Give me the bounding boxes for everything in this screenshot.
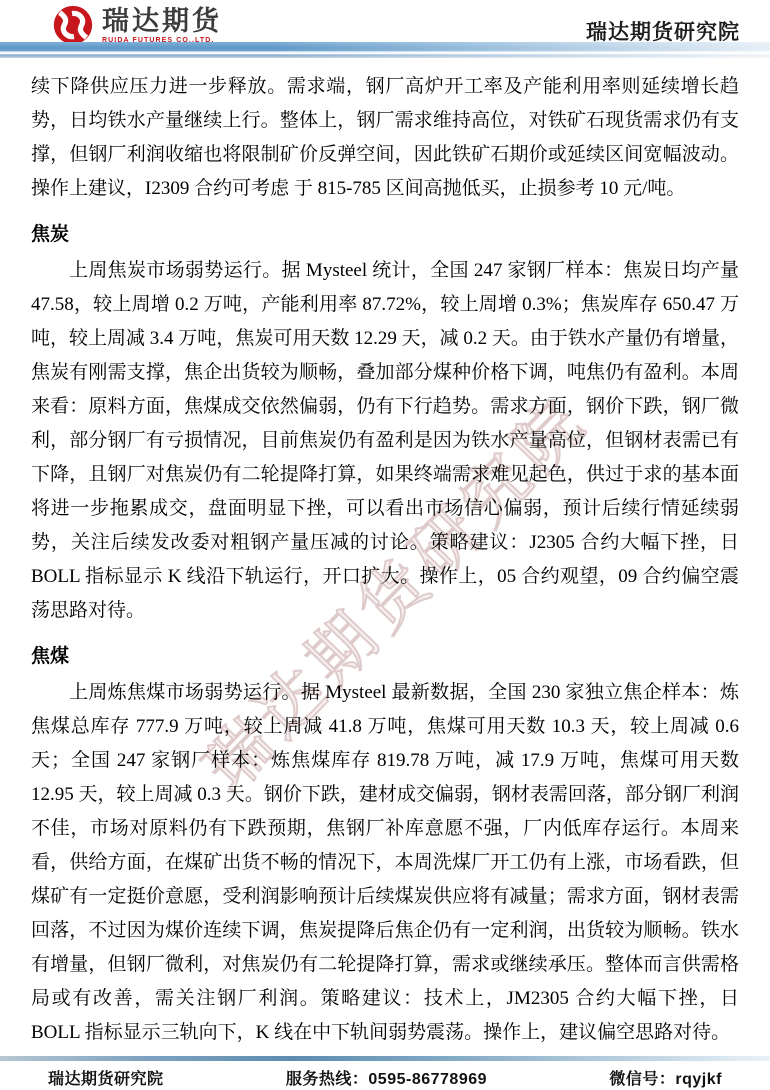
- report-body: 续下降供应压力进一步释放。需求端，钢厂高炉开工率及产能利用率则延续增长趋势，日均…: [31, 0, 739, 1050]
- coking-coal-paragraph: 上周炼焦煤市场弱势运行。据 Mysteel 最新数据，全国 230 家独立焦企样…: [31, 676, 739, 1050]
- page-footer: 瑞达期货研究院 服务热线：0595-86778969 微信号：rqyjkf: [0, 1056, 770, 1090]
- iron-ore-paragraph: 续下降供应压力进一步释放。需求端，钢厂高炉开工率及产能利用率则延续增长趋势，日均…: [31, 70, 739, 206]
- footer-wechat: 微信号：rqyjkf: [609, 1066, 722, 1089]
- section-heading-coke: 焦炭: [31, 221, 739, 248]
- coke-paragraph: 上周焦炭市场弱势运行。据 Mysteel 统计，全国 247 家钢厂样本：焦炭日…: [31, 254, 739, 628]
- footer-wechat-id: rqyjkf: [675, 1071, 722, 1088]
- footer-contacts: 瑞达期货研究院 服务热线：0595-86778969 微信号：rqyjkf: [0, 1061, 770, 1089]
- footer-hotline: 服务热线：0595-86778969: [286, 1066, 487, 1089]
- footer-hotline-number: 0595-86778969: [368, 1071, 487, 1088]
- footer-wechat-label: 微信号：: [609, 1071, 675, 1088]
- section-heading-coking-coal: 焦煤: [31, 643, 739, 670]
- footer-institute: 瑞达期货研究院: [48, 1066, 164, 1089]
- footer-hotline-label: 服务热线：: [286, 1071, 369, 1088]
